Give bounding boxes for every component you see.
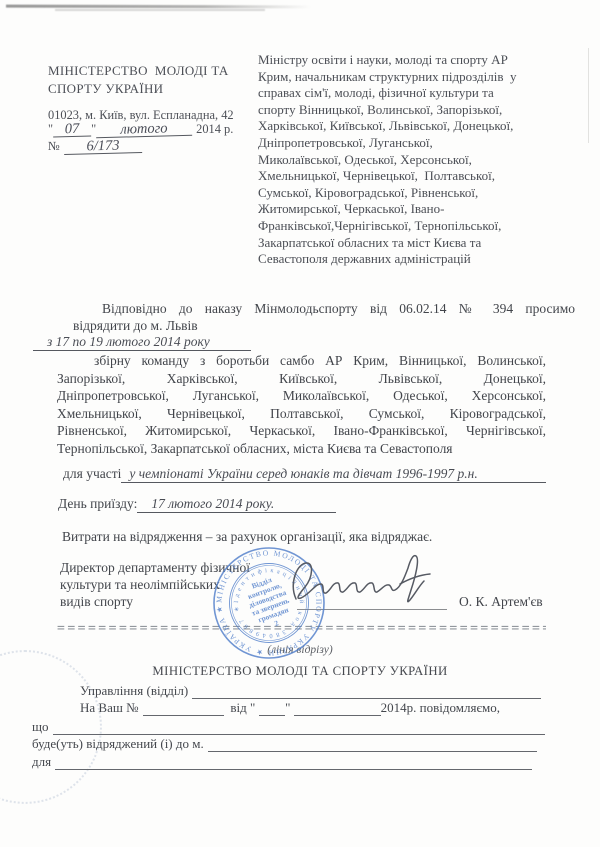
p2-line: Дніпропетровської, Луганської, Миколаївс… <box>57 387 546 405</box>
ministry-name: МІНІСТЕРСТВО МОЛОДІ ТА СПОРТУ УКРАЇНИ <box>48 62 278 97</box>
participation-value-underlined: у чемпіонаті України серед юнаків та дів… <box>121 466 546 483</box>
form-ref-close-quote: " <box>285 700 294 716</box>
arrival-day-row: День приїзду: 17 лютого 2014 року. <box>58 496 336 513</box>
form-line-department: Управління (відділ) <box>80 683 541 699</box>
form-ref-year: 2014р. повідомляємо, <box>381 700 504 716</box>
stamp-center-line: 2 <box>273 618 280 628</box>
scanned-letter-page: МІНІСТЕРСТВО МОЛОДІ ТА СПОРТУ УКРАЇНИ 01… <box>0 0 600 847</box>
form-line-purpose: для <box>32 754 532 770</box>
form-purpose-blank <box>55 769 532 770</box>
participation-label: для участі <box>63 466 121 483</box>
p2-line: Рівненської, Житомирської, Черкаської, І… <box>57 422 546 440</box>
handwritten-number: 6/173 <box>64 139 142 155</box>
form-ref-month-blank <box>294 715 380 716</box>
form-destination-blank <box>208 751 537 752</box>
body-paragraph-2: збірну команду з боротьби самбо АР Крим,… <box>57 352 546 458</box>
signer-name: О. К. Артем'єв <box>459 594 543 610</box>
form-ref-day-blank <box>259 715 285 716</box>
letter-number-row: № 6/173 <box>48 139 248 154</box>
arrival-value-underlined: 17 лютого 2014 року. <box>137 496 336 513</box>
form-ref-label: На Ваш № <box>80 700 143 716</box>
p2-line: збірну команду з боротьби самбо АР Крим,… <box>57 352 546 370</box>
body-paragraph-1: Відповідно до наказу Мінмолодьспорту від… <box>57 300 575 335</box>
form-department-blank <box>192 698 541 699</box>
form-line-reference: На Ваш № від " " 2014р. повідомляємо, <box>80 700 504 716</box>
form-destination-label: буде(уть) відряджений (і) до м. <box>32 736 208 752</box>
form-purpose-label: для <box>32 754 55 770</box>
form-line-shcho: що <box>32 719 545 735</box>
handwritten-day: 07 <box>53 123 91 138</box>
trip-dates-underlined: з 17 по 19 лютого 2014 року <box>33 334 251 351</box>
letter-year: 2014 р. <box>192 122 233 137</box>
form-ref-vid: від " <box>224 700 259 716</box>
p1-line1: Відповідно до наказу Мінмолодьспорту від… <box>57 300 575 317</box>
handwritten-signature <box>288 550 448 612</box>
form-line-destination: буде(уть) відряджений (і) до м. <box>32 736 537 752</box>
form-shcho-label: що <box>32 719 53 735</box>
letter-date-row: " 07 " лютого 2014 р. <box>48 122 283 137</box>
form-shcho-blank <box>53 734 545 735</box>
form-ref-number-blank <box>143 715 225 716</box>
p1-line2: відрядити до м. Львів <box>57 317 575 334</box>
form-department-label: Управління (відділ) <box>80 683 192 699</box>
scan-smudge-artifact <box>6 5 311 9</box>
p2-line: Хмельницької, Чернівецької, Полтавської,… <box>57 405 546 423</box>
expenses-note: Витрати на відрядження – за рахунок орга… <box>62 529 542 545</box>
arrival-label: День приїзду: <box>58 496 137 513</box>
p2-line: Запорізької, Харківської, Київської, Льв… <box>57 370 546 388</box>
p2-line: Тернопільської, Закарпатської обласних, … <box>57 440 546 458</box>
addressee-block: Міністру освіти і науки, молоді та спорт… <box>258 52 578 268</box>
number-label: № <box>48 139 64 154</box>
form-ministry-title: МІНІСТЕРСТВО МОЛОДІ ТА СПОРТУ УКРАЇНИ <box>0 664 600 679</box>
ministry-address: 01023, м. Київ, вул. Еспланадна, 42 <box>48 108 288 123</box>
scan-smudge-artifact <box>55 9 265 11</box>
scan-fold-line <box>588 48 589 143</box>
handwritten-month: лютого <box>96 122 192 139</box>
participation-row: для участі у чемпіонаті України серед юн… <box>63 466 546 483</box>
